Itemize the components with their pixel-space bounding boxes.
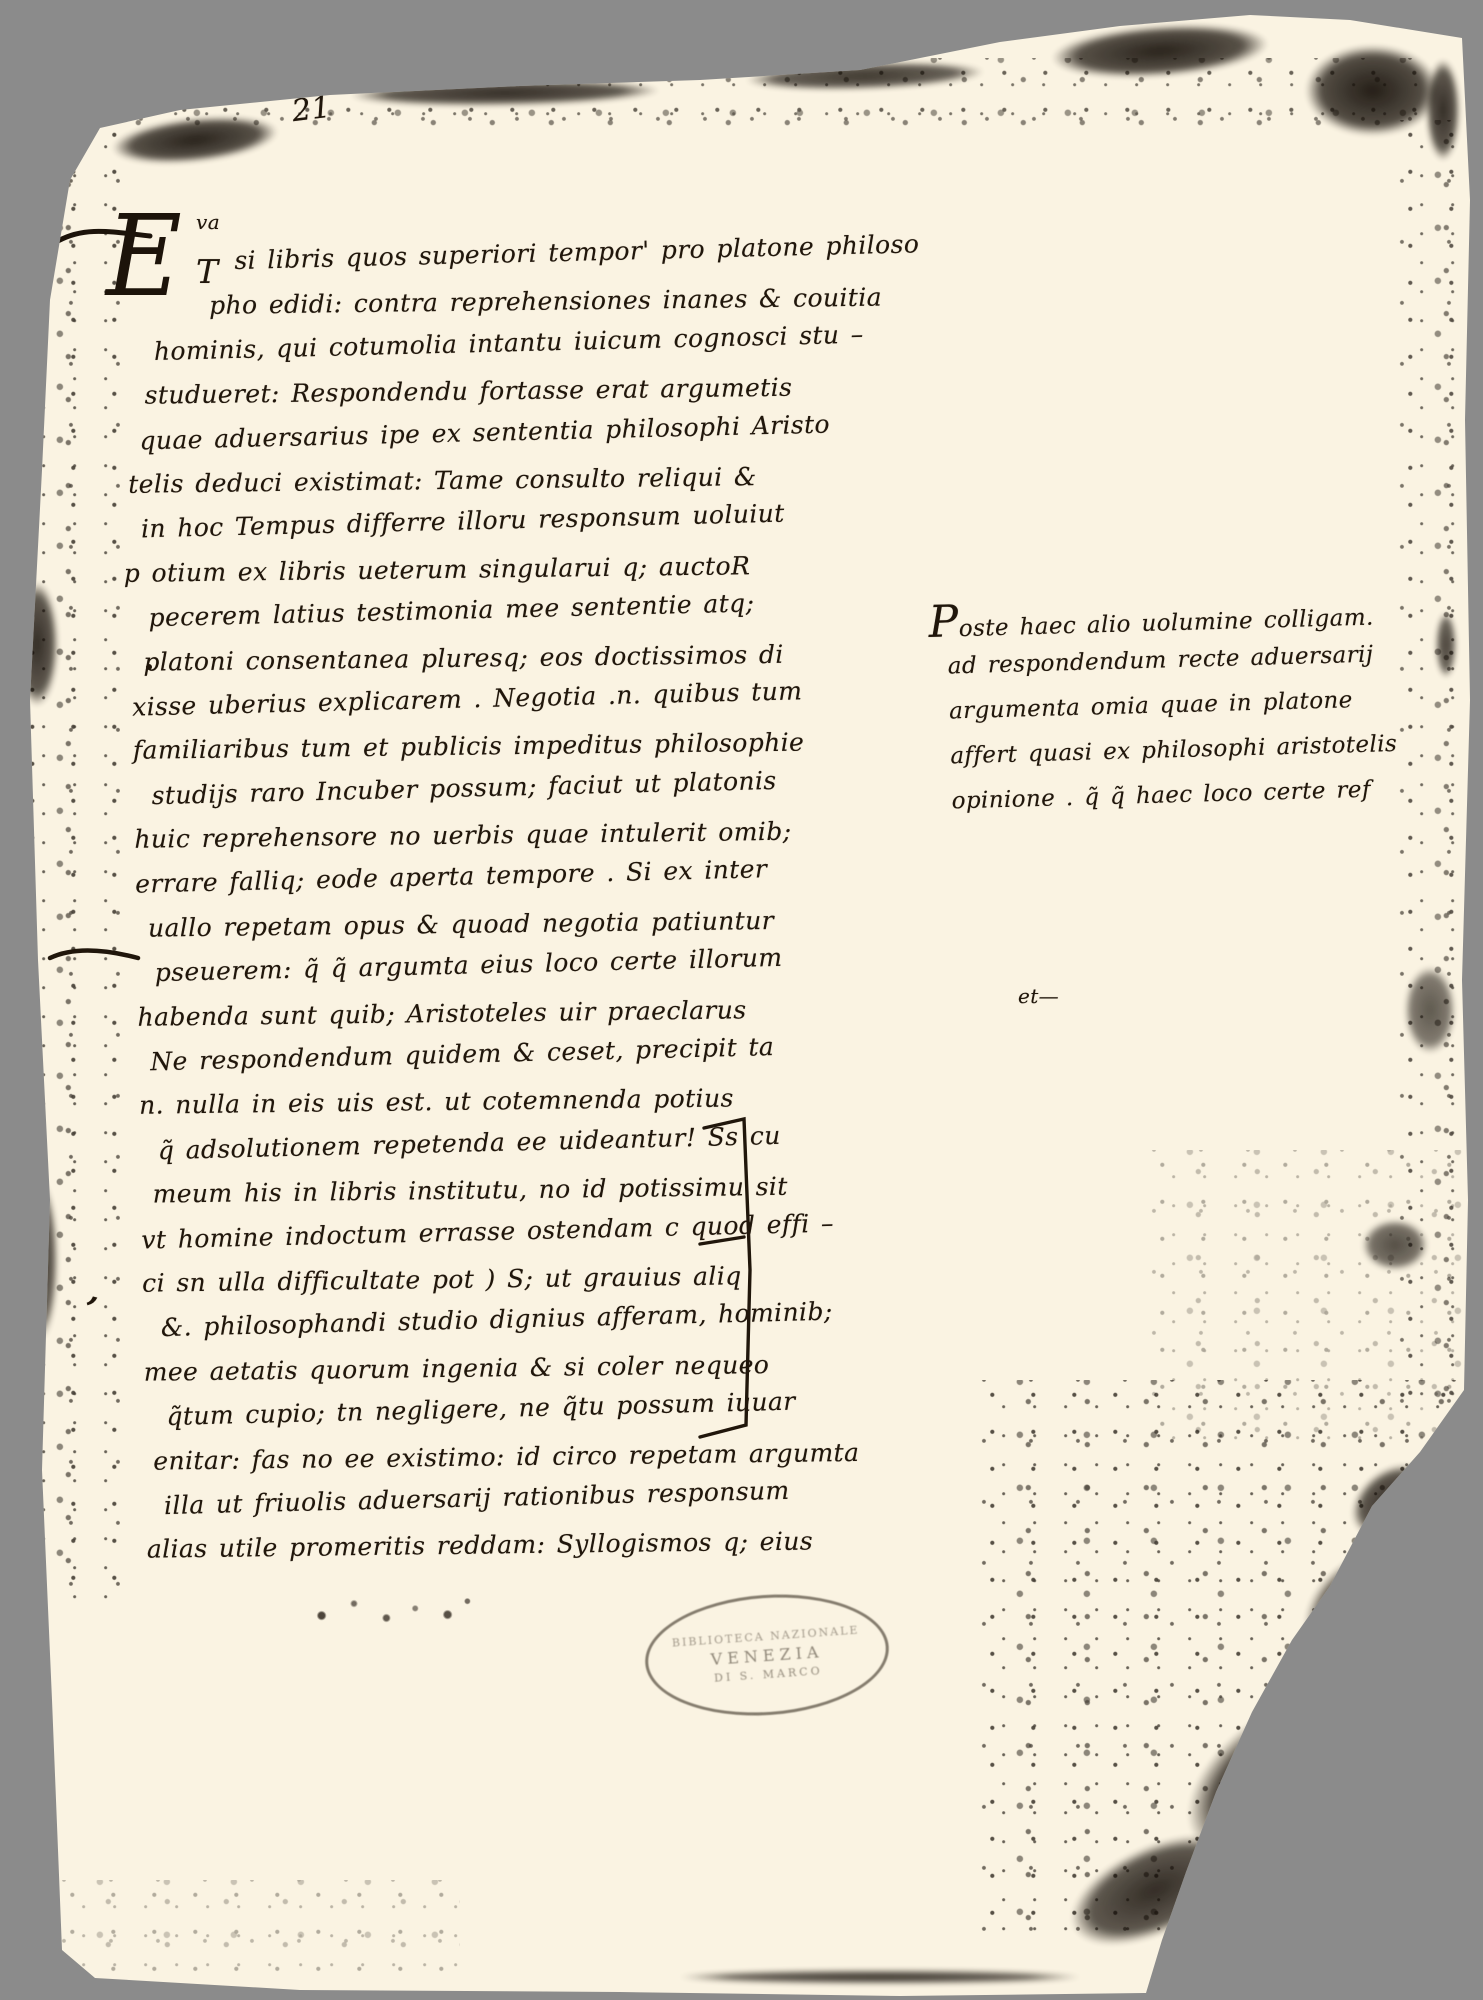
margin-et-abbreviation: et— bbox=[1018, 984, 1059, 1008]
ink-blotch bbox=[8, 558, 66, 730]
library-stamp: BIBLIOTECA NAZIONALE VENEZIA DI S. MARCO bbox=[641, 1587, 893, 1724]
folio-number: 21 bbox=[290, 90, 333, 129]
scan-canvas: 21 E T va si libris quos superiori tempo… bbox=[0, 0, 1483, 2000]
edge-speckle-left bbox=[20, 120, 120, 1600]
ink-blotch bbox=[1432, 600, 1460, 690]
faded-smudge-annotation bbox=[300, 1582, 480, 1630]
margin-note-line: opinione . q̃ q̃ haec loco certe ref bbox=[933, 769, 1324, 825]
main-text-block: si libris quos superiori tempor' pro pla… bbox=[112, 229, 815, 1572]
ink-blotch bbox=[600, 1968, 1160, 1986]
edge-speckle-bottom-left bbox=[60, 1880, 460, 1980]
margin-note-block: Poste haec alio uolumine colligam.ad res… bbox=[928, 589, 1324, 825]
manuscript-line: alias utile promeritis reddam: Syllogism… bbox=[135, 1520, 815, 1573]
manuscript-page: 21 E T va si libris quos superiori tempo… bbox=[0, 0, 1483, 2000]
ink-blotch bbox=[1395, 950, 1465, 1070]
ink-blotch bbox=[1350, 1210, 1440, 1280]
paragraph-dot bbox=[146, 664, 152, 670]
ink-blotch bbox=[18, 1150, 64, 1370]
halftone-speckle bbox=[1150, 1150, 1480, 1450]
ink-blotch bbox=[1420, 40, 1466, 180]
interlinear-note: va bbox=[196, 210, 220, 234]
